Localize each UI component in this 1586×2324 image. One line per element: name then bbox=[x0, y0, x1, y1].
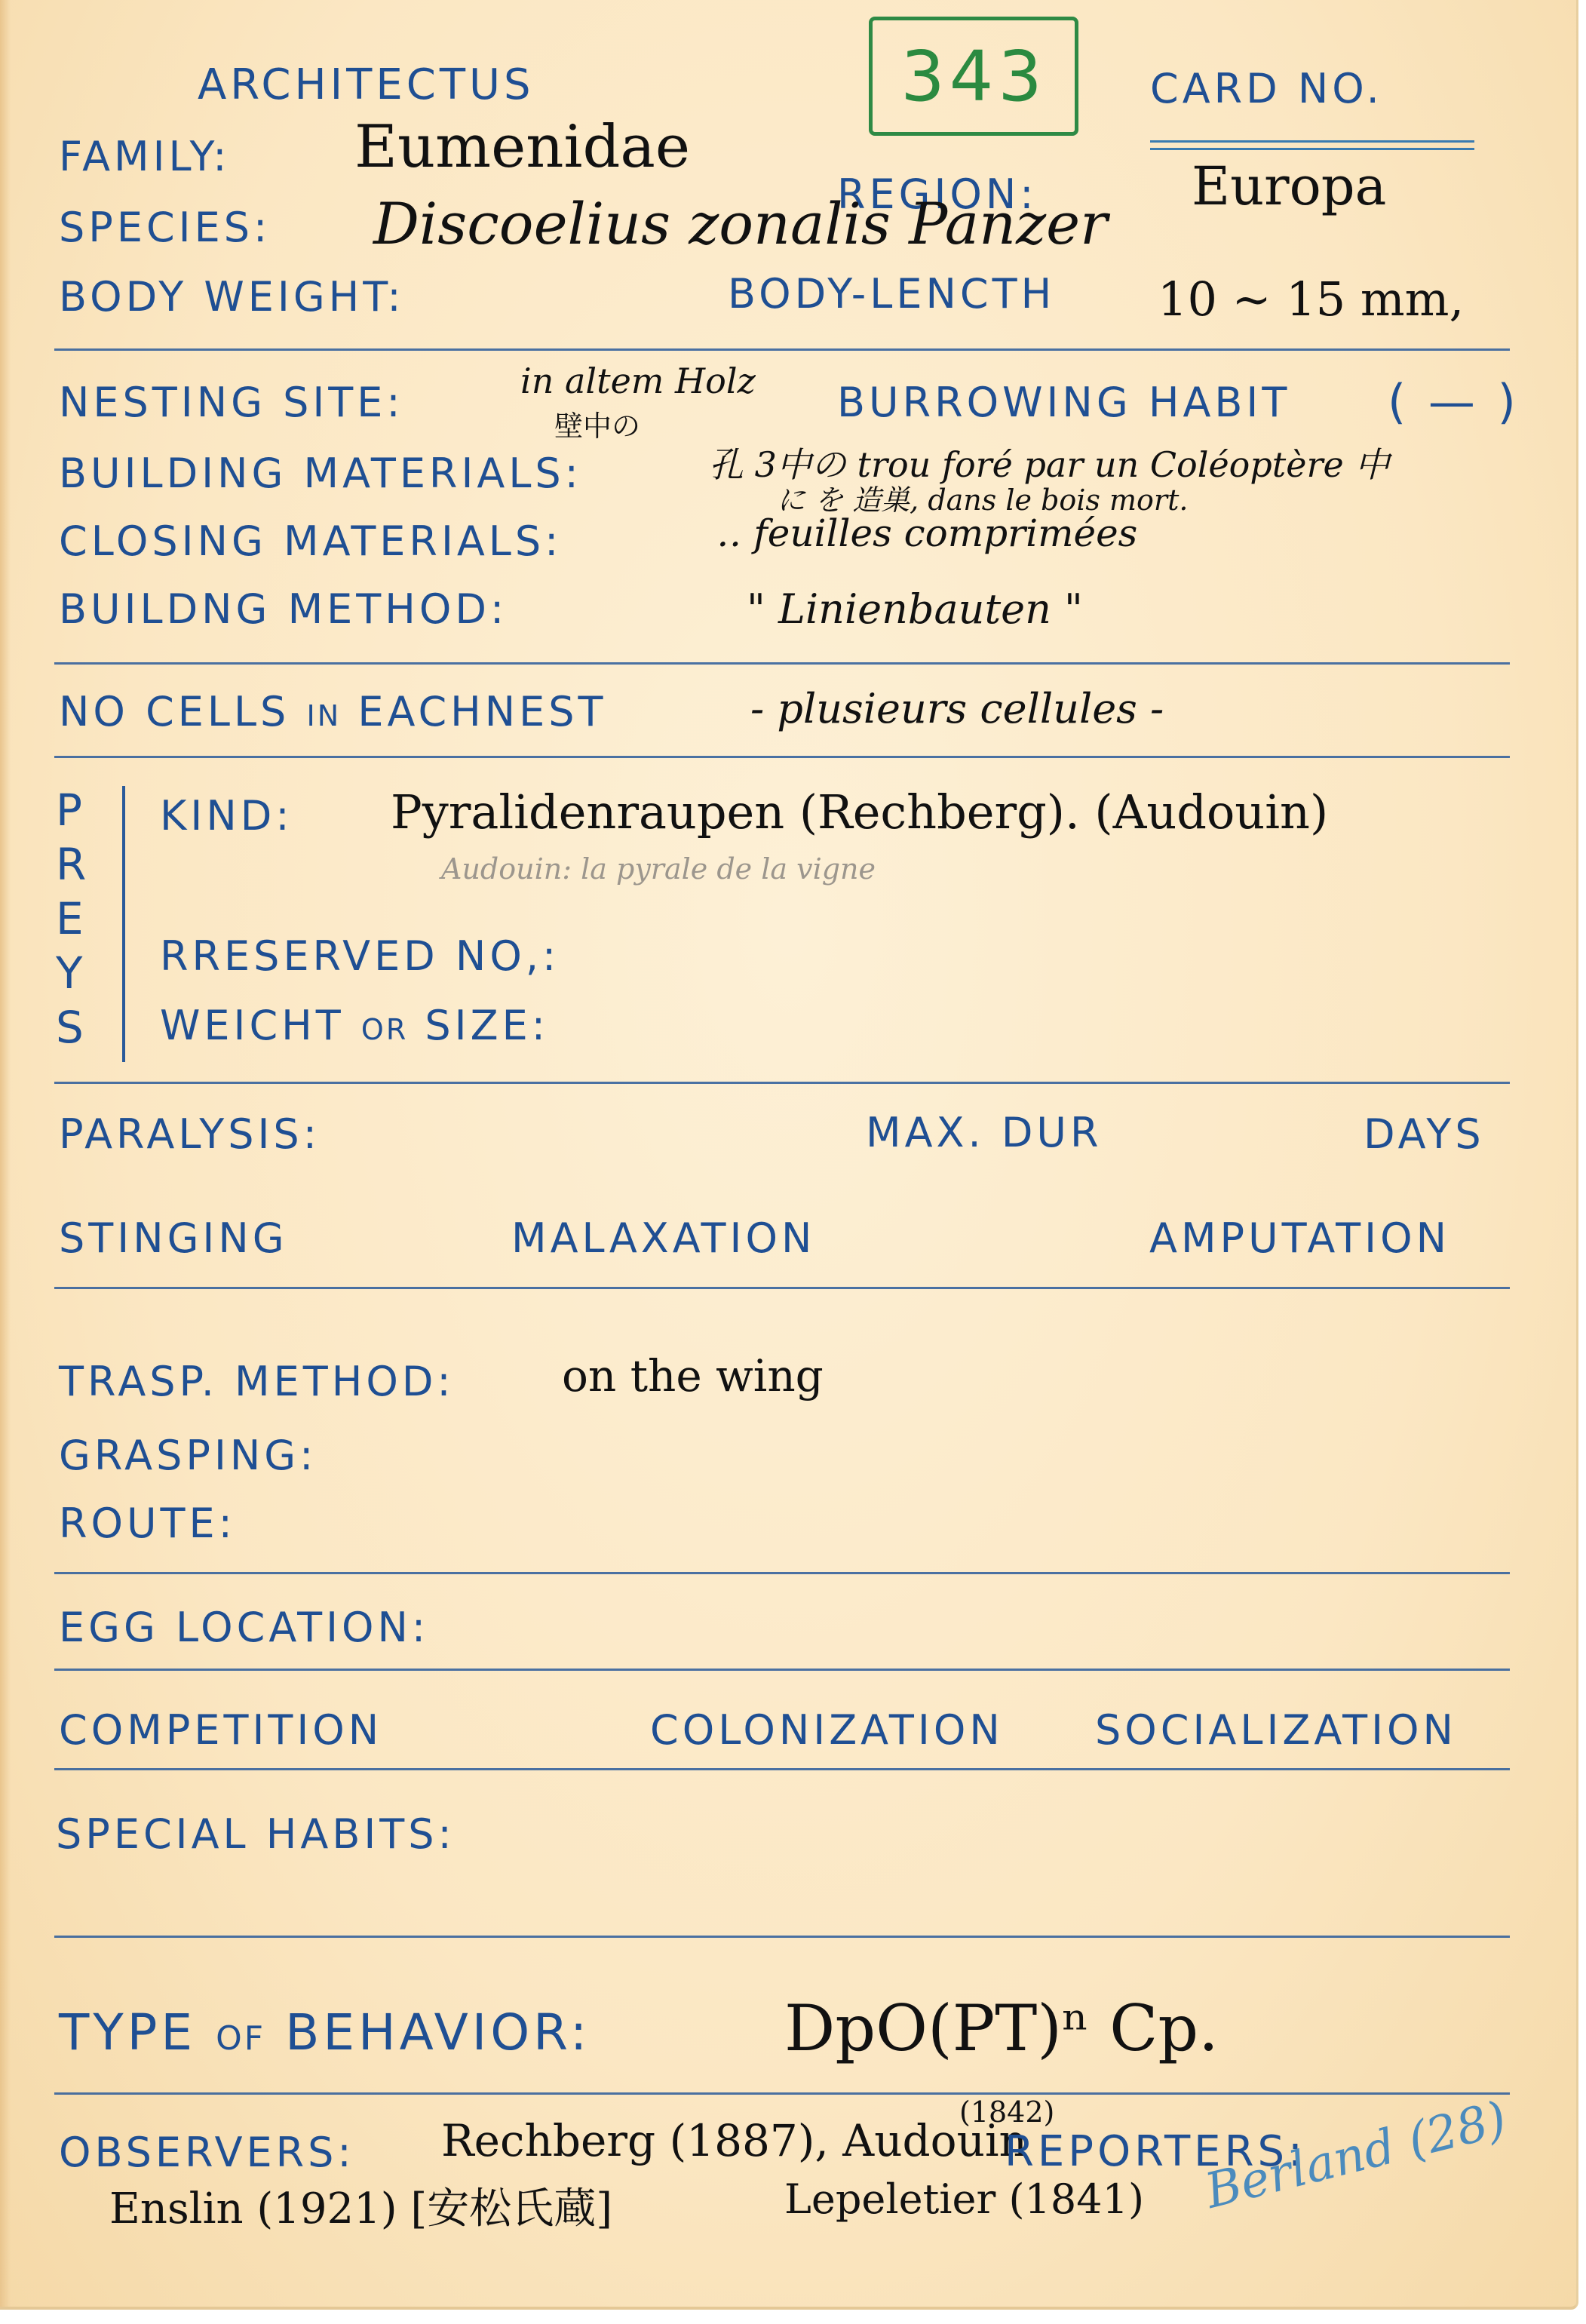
grasping-label: GRASPING: bbox=[59, 1432, 317, 1479]
region-value: Europa bbox=[1192, 155, 1386, 217]
prey-weight-label-a: WEICHT bbox=[160, 1002, 345, 1049]
prey-kind-pencil-note: Audouin: la pyrale de la vigne bbox=[441, 852, 876, 886]
observers-line-1: Rechberg (1887), Audouin bbox=[441, 2115, 1027, 2166]
max-dur-label: MAX. DUR bbox=[866, 1109, 1102, 1156]
closing-materials-label: CLOSING MATERIALS: bbox=[59, 517, 562, 565]
card-number-value: 343 bbox=[900, 36, 1047, 117]
cells-label-b: EACHNEST bbox=[357, 688, 606, 735]
species-value: Discoelius zonalis Panzer bbox=[373, 190, 1107, 257]
divider bbox=[54, 1287, 1510, 1289]
divider bbox=[54, 662, 1510, 665]
preys-vertical-divider bbox=[122, 786, 125, 1062]
card-no-underline bbox=[1150, 140, 1474, 143]
competition-label: COMPETITION bbox=[59, 1706, 382, 1754]
body-weight-label: BODY WEIGHT: bbox=[59, 273, 405, 321]
preys-letter-p: P bbox=[56, 784, 82, 836]
type-of-behavior-value: DpO(PT)ⁿ Cp. bbox=[784, 1991, 1219, 2065]
closing-materials-value: ‥ feuilles comprimées bbox=[716, 511, 1137, 555]
nesting-site-label: NESTING SITE: bbox=[59, 379, 404, 426]
behavior-label-a: TYPE bbox=[59, 2003, 196, 2062]
body-length-label: BODY-LENCTH bbox=[728, 270, 1055, 318]
behavior-label-b: BEHAVIOR: bbox=[285, 2003, 591, 2062]
observers-line-2b: Lepeletier (1841) bbox=[784, 2175, 1144, 2223]
malaxation-label: MALAXATION bbox=[511, 1214, 815, 1262]
divider bbox=[54, 1768, 1510, 1770]
burrowing-habit-value: ( — ) bbox=[1388, 374, 1520, 429]
observers-line-2: Enslin (1921) [安松氏蔵] bbox=[109, 2175, 612, 2236]
card-number-box: 343 bbox=[869, 17, 1078, 136]
special-habits-label: SPECIAL HABITS: bbox=[56, 1810, 456, 1858]
building-materials-label: BUILDING MATERIALS: bbox=[59, 450, 582, 497]
behavior-label-of: OF bbox=[216, 2019, 265, 2058]
egg-location-label: EGG LOCATION: bbox=[59, 1604, 429, 1651]
cells-label-a: NO CELLS bbox=[59, 688, 290, 735]
prey-kind-value: Pyralidenraupen (Rechberg). (Audouin) bbox=[391, 784, 1328, 840]
preys-letter-e: E bbox=[56, 893, 84, 944]
socialization-label: SOCIALIZATION bbox=[1095, 1706, 1457, 1754]
species-label: SPECIES: bbox=[59, 204, 271, 251]
divider bbox=[54, 756, 1510, 758]
stinging-label: STINGING bbox=[59, 1214, 288, 1262]
body-length-value: 10 ~ 15 mm, bbox=[1158, 272, 1464, 327]
card-header: ARCHITECTUS bbox=[198, 60, 535, 109]
divider bbox=[54, 1936, 1510, 1938]
audouin-year: (1842) bbox=[959, 2095, 1054, 2129]
nesting-site-value-2: 壁中の bbox=[554, 403, 640, 444]
family-value: Eumenidae bbox=[354, 113, 690, 181]
specimen-card: ARCHITECTUS 343 CARD NO. FAMILY: Eumenid… bbox=[0, 0, 1578, 2310]
reporter-value: Berland (28) bbox=[1200, 2091, 1512, 2220]
days-label: DAYS bbox=[1364, 1110, 1485, 1158]
preys-letter-y: Y bbox=[56, 947, 82, 999]
cells-label: NO CELLS IN EACHNEST bbox=[59, 688, 607, 735]
prey-reserved-label: RRESERVED NO,: bbox=[160, 932, 560, 980]
preys-letter-r: R bbox=[56, 839, 86, 890]
paralysis-label: PARALYSIS: bbox=[59, 1110, 321, 1158]
amputation-label: AMPUTATION bbox=[1149, 1214, 1450, 1262]
trasp-method-label: TRASP. METHOD: bbox=[59, 1358, 455, 1405]
family-label: FAMILY: bbox=[59, 133, 230, 180]
observers-label: OBSERVERS: bbox=[59, 2129, 355, 2176]
prey-weight-label-b: SIZE: bbox=[425, 1002, 549, 1049]
building-method-label: BUILDNG METHOD: bbox=[59, 585, 508, 633]
divider bbox=[54, 2092, 1510, 2095]
burrowing-habit-label: BURROWING HABIT bbox=[837, 379, 1290, 426]
cells-value: - plusieurs cellules - bbox=[750, 685, 1164, 732]
card-no-underline-2 bbox=[1150, 148, 1474, 150]
divider bbox=[54, 1082, 1510, 1084]
building-method-value: " Linienbauten " bbox=[747, 585, 1083, 633]
route-label: ROUTE: bbox=[59, 1500, 236, 1547]
divider bbox=[54, 348, 1510, 351]
type-of-behavior-label: TYPE OF BEHAVIOR: bbox=[59, 2003, 591, 2062]
card-no-label: CARD NO. bbox=[1150, 65, 1383, 112]
cells-label-in: IN bbox=[307, 699, 342, 732]
colonization-label: COLONIZATION bbox=[650, 1706, 1004, 1754]
trasp-method-value: on the wing bbox=[562, 1350, 824, 1401]
nesting-site-value-1: in altem Holz bbox=[520, 361, 756, 401]
prey-weight-label-or: OR bbox=[361, 1013, 408, 1046]
prey-weight-label: WEICHT OR SIZE: bbox=[160, 1002, 549, 1049]
preys-letter-s: S bbox=[56, 1002, 84, 1053]
prey-kind-label: KIND: bbox=[160, 792, 293, 840]
divider bbox=[54, 1572, 1510, 1574]
divider bbox=[54, 1669, 1510, 1671]
